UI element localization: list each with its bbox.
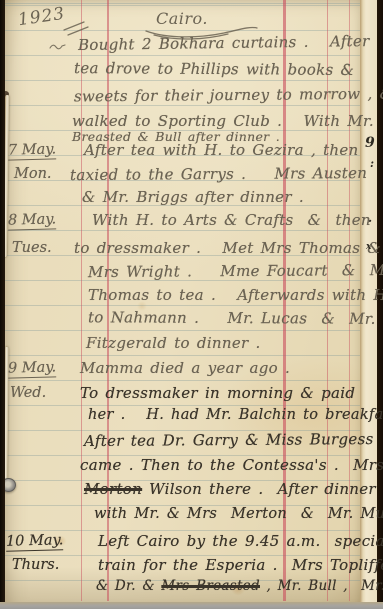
entry-line: Mamma died a year ago . xyxy=(80,361,290,376)
diary-page-photo: 1923 Cairo. Bought 2 Bokhara curtains . … xyxy=(0,0,383,609)
entry-line: came . Then to the Contessa's . Mrs xyxy=(80,458,383,473)
gutter-dark-edge xyxy=(0,0,5,609)
entry-line: walked to Sporting Club . With Mr. xyxy=(72,114,374,129)
entry-line: Bought 2 Bokhara curtains . After xyxy=(78,34,370,53)
page-title: Cairo. xyxy=(156,9,208,28)
entry-line: taxied to the Garrys . Mrs Austen xyxy=(70,166,367,183)
margin-date: 8 May. xyxy=(8,213,56,230)
struck-text: Mrs Breasted xyxy=(161,578,260,594)
entry-line: Left Cairo by the 9.45 a.m. special . xyxy=(98,534,383,549)
entry-line: After tea with H. to Gezira , then xyxy=(84,143,359,158)
entry-line: Thomas to tea . Afterwards with H. xyxy=(88,288,383,303)
entry-line: sweets for their journey to morrow , & xyxy=(74,87,383,105)
entry-line: Mrs Wright . Mme Foucart & Mr. xyxy=(88,263,383,280)
entry-line: & Mr. Briggs after dinner . xyxy=(82,190,304,205)
next-page-stray-mark: : xyxy=(370,158,374,169)
entry-line: train for the Esperia . Mrs Topliffe xyxy=(98,558,383,573)
entry-line: & Dr. & Mrs Breasted , Mr. Bull , Mr. Go… xyxy=(96,580,383,594)
entry-line: to dressmaker . Met Mrs Thomas & xyxy=(74,241,381,256)
next-page-stray-mark: 9 xyxy=(365,136,375,150)
margin-date: Wed. xyxy=(10,386,46,401)
entry-line: Fitzgerald to dinner . xyxy=(86,336,261,351)
margin-date: Tues. xyxy=(12,241,52,256)
margin-date: Thurs. xyxy=(12,558,59,573)
entry-line: with Mr. & Mrs Merton & Mr. Mulock . xyxy=(94,507,383,522)
next-page-stray-mark: . xyxy=(368,212,372,224)
entry-line: With H. to Arts & Crafts & then xyxy=(92,213,371,228)
entry-line: tea drove to Phillips with books & xyxy=(74,61,354,78)
margin-date: 10 May. xyxy=(6,534,63,551)
photo-bottom-edge xyxy=(0,602,383,609)
margin-date: 9 May. xyxy=(8,361,56,378)
entry-line: Morton Wilson there . After dinner xyxy=(84,482,376,497)
struck-text: Morton xyxy=(84,480,142,498)
next-page-stray-mark: x xyxy=(366,243,371,252)
entry-line: her . H. had Mr. Balchin to breakfast . xyxy=(88,408,383,423)
margin-date: Mon. xyxy=(14,167,52,182)
entry-line: to Nahmann . Mr. Lucas & Mr. xyxy=(88,310,376,327)
margin-date: 7 May. xyxy=(8,143,56,160)
entry-line: After tea Dr. Garry & Miss Burgess xyxy=(84,432,374,449)
entry-line: To dressmaker in morning & paid xyxy=(80,386,355,401)
